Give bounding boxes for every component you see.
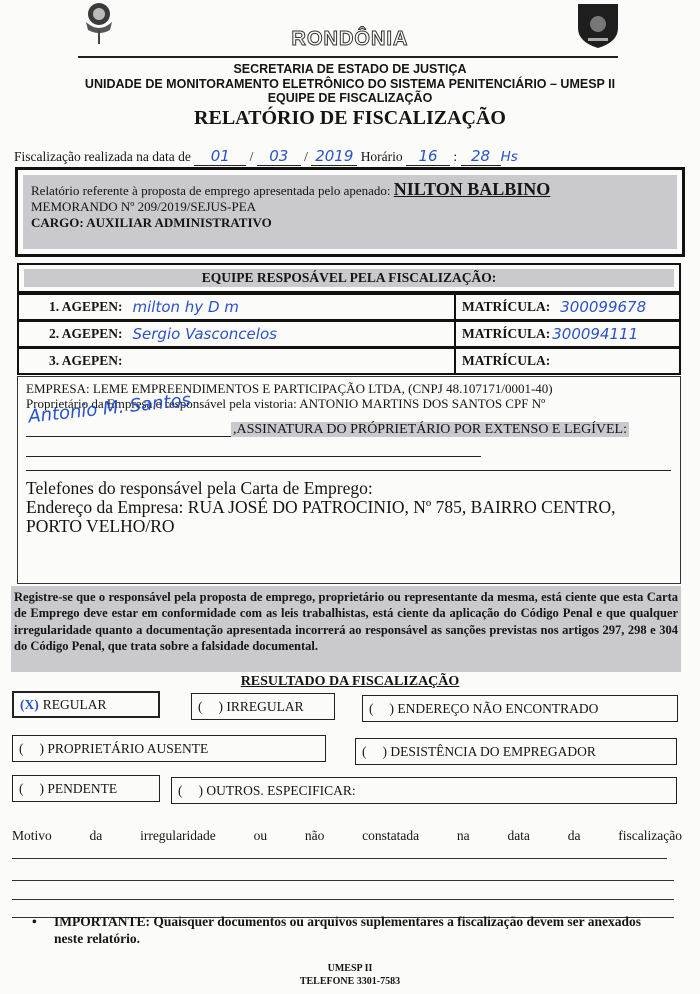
checkbox-icon: ( <box>178 783 183 799</box>
agepen-row-3: 3. AGEPEN: MATRÍCULA: <box>17 347 681 375</box>
divider <box>26 457 671 471</box>
empresa-line: EMPRESA: LEME EMPREENDIMENTOS E PARTICIP… <box>26 381 672 396</box>
footer-unit: UMESP II <box>0 963 700 974</box>
option-regular[interactable]: (X)REGULAR <box>12 691 160 718</box>
checkbox-icon: ( <box>369 701 374 717</box>
option-endereco-nao-encontrado[interactable]: () ENDEREÇO NÃO ENCONTRADO <box>362 695 678 722</box>
document-title: RELATÓRIO DE FISCALIZAÇÃO <box>0 107 700 130</box>
date-label: Fiscalização realizada na data de <box>14 149 191 164</box>
checkbox-checked-icon: (X) <box>20 697 39 713</box>
telefones-label: Telefones do responsável pela Carta de E… <box>26 479 672 498</box>
state-name: RONDÔNIA <box>0 28 700 51</box>
endereco: Endereço da Empresa: RUA JOSÉ DO PATROCI… <box>26 498 672 536</box>
resultado-title: RESULTADO DA FISCALIZAÇÃO <box>0 674 700 690</box>
memorando: MEMORANDO Nº 209/2019/SEJUS-PEA <box>31 199 669 215</box>
agepen-row-1: 1. AGEPEN:milton hy D m MATRÍCULA:300099… <box>17 293 681 321</box>
agepen-1-name[interactable]: milton hy D m <box>133 298 239 316</box>
checkbox-icon: ( <box>19 741 24 757</box>
hours-suffix: Hs <box>501 149 518 165</box>
option-outros-especificar[interactable]: () OUTROS. ESPECIFICAR: <box>171 777 677 804</box>
equipe-title: EQUIPE RESPOSÁVEL PELA FISCALIZAÇÃO: <box>24 269 674 287</box>
agepen-2-name[interactable]: Sergio Vasconcelos <box>133 325 277 343</box>
motivo-line-3[interactable] <box>12 899 674 900</box>
option-irregular[interactable]: () IRREGULAR <box>191 693 335 720</box>
footer-phone: TELEFONE 3301-7583 <box>0 976 700 987</box>
motivo-word: constatada <box>362 828 419 844</box>
month-field[interactable]: 03 <box>257 147 301 166</box>
cargo: CARGO: AUXILIAR ADMINISTRATIVO <box>31 215 669 231</box>
motivo-label: Motivodairregularidadeounãoconstatadanad… <box>12 828 682 844</box>
header-equipe: EQUIPE DE FISCALIZAÇÃO <box>0 91 700 105</box>
option-pendente[interactable]: () PENDENTE <box>12 775 160 802</box>
cpf-field[interactable] <box>26 436 231 437</box>
motivo-word: Motivo <box>12 828 52 844</box>
year-field[interactable]: 2019 <box>311 147 357 166</box>
equipe-header: EQUIPE RESPOSÁVEL PELA FISCALIZAÇÃO: <box>17 263 681 293</box>
motivo-word: na <box>457 828 470 844</box>
hour-field[interactable]: 16 <box>406 147 450 166</box>
apenado-label: Relatório referente à proposta de empreg… <box>31 183 391 198</box>
important-note: • IMPORTANTE: Quaisquer documentos ou ar… <box>32 913 652 947</box>
motivo-word: fiscalização <box>618 828 682 844</box>
header-divider <box>78 56 618 58</box>
apenado-box: Relatório referente à proposta de empreg… <box>15 167 685 257</box>
motivo-word: não <box>305 828 325 844</box>
motivo-word: irregularidade <box>140 828 216 844</box>
bullet-icon: • <box>32 913 37 930</box>
checkbox-icon: ( <box>198 699 203 715</box>
legal-notice: Registre-se que o responsável pela propo… <box>11 586 681 672</box>
minute-field[interactable]: 28 <box>461 147 501 166</box>
option-desistencia-empregador[interactable]: () DESISTÊNCIA DO EMPREGADOR <box>355 738 677 765</box>
header-unidade: UNIDADE DE MONITORAMENTO ELETRÔNICO DO S… <box>0 77 700 91</box>
time-label: Horário <box>361 149 403 164</box>
day-field[interactable]: 01 <box>194 147 246 166</box>
checkbox-icon: ( <box>362 744 367 760</box>
apenado-name: NILTON BALBINO <box>394 179 551 199</box>
agepen-1-matricula[interactable]: 300099678 <box>560 298 646 316</box>
motivo-word: ou <box>254 828 268 844</box>
assinatura-label: ,ASSINATURA DO PRÓPRIETÁRIO POR EXTENSO … <box>231 422 629 437</box>
checkbox-icon: ( <box>19 781 24 797</box>
agepen-row-2: 2. AGEPEN:Sergio Vasconcelos MATRÍCULA:3… <box>17 320 681 348</box>
date-line: Fiscalização realizada na data de 01 / 0… <box>14 147 518 166</box>
assinatura-field[interactable] <box>26 439 481 457</box>
agepen-2-matricula[interactable]: 300094111 <box>552 325 638 343</box>
option-proprietario-ausente[interactable]: () PROPRIETÁRIO AUSENTE <box>12 735 326 762</box>
motivo-word: da <box>90 828 103 844</box>
motivo-line-1[interactable] <box>12 858 667 859</box>
motivo-line-2[interactable] <box>12 880 674 881</box>
header-secretaria: SECRETARIA DE ESTADO DE JUSTIÇA <box>0 62 700 76</box>
motivo-word: da <box>568 828 581 844</box>
motivo-word: data <box>507 828 530 844</box>
